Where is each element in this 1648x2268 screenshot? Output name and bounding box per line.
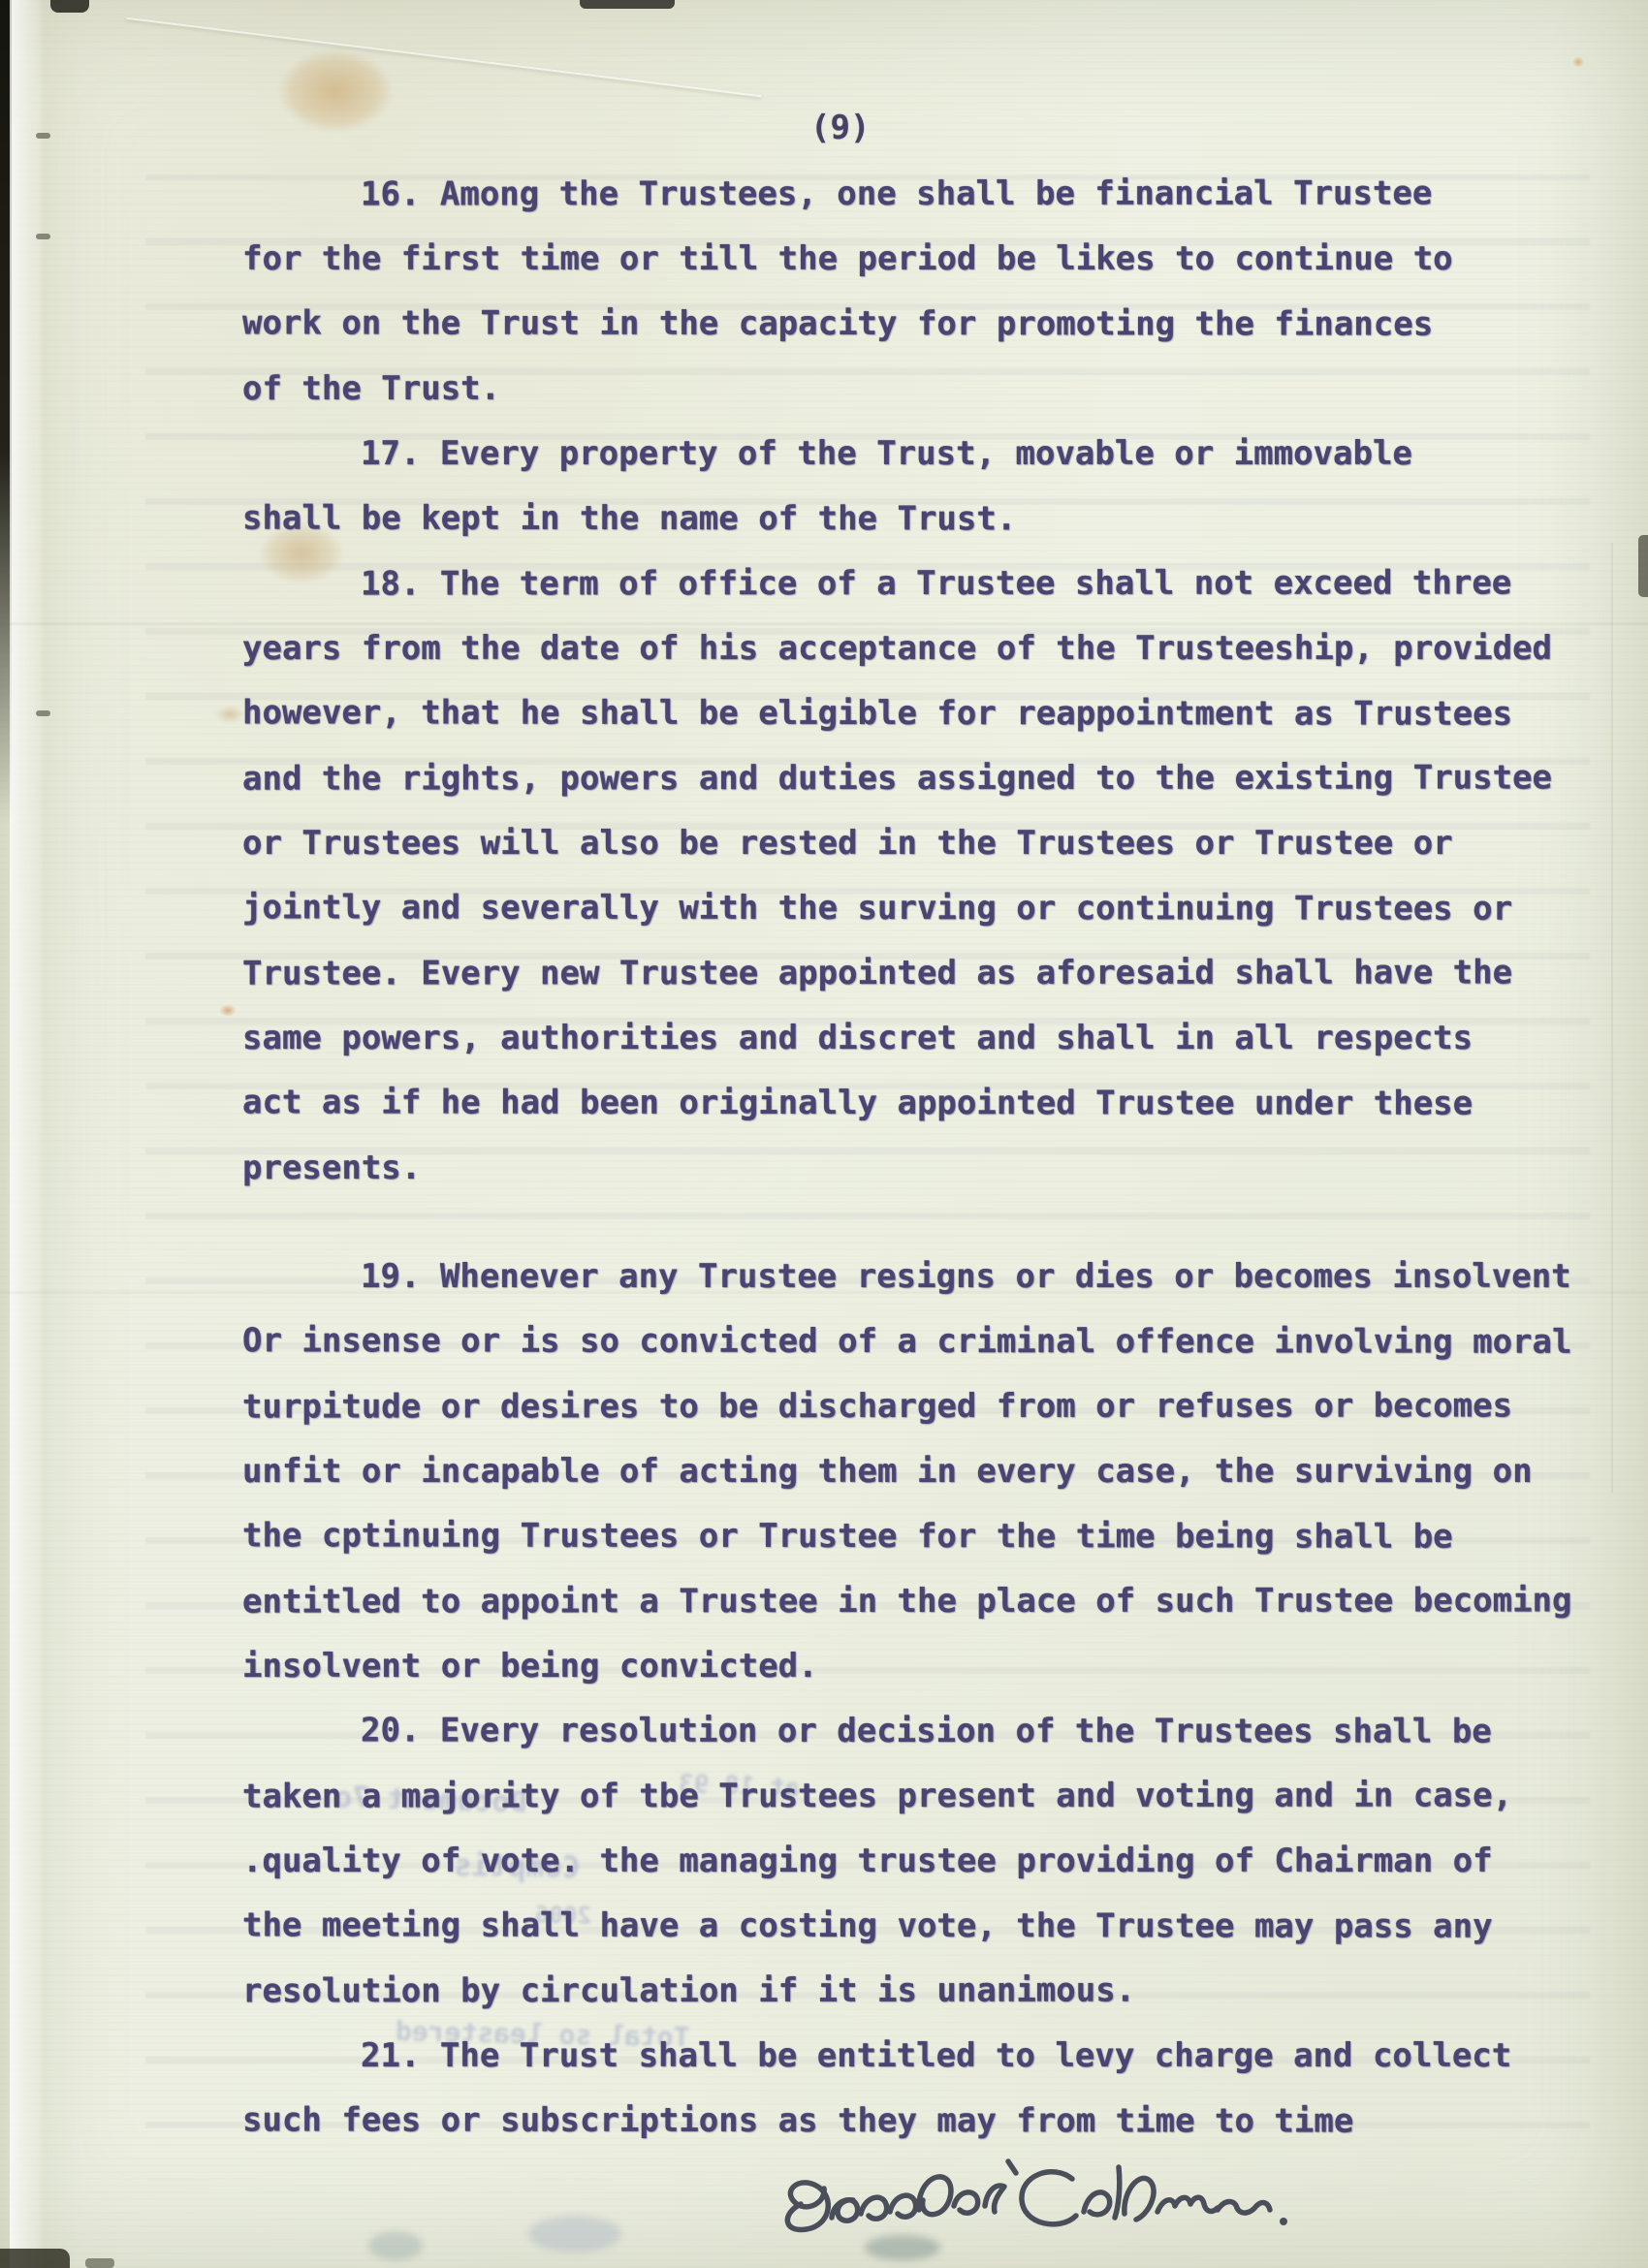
bottom-edge-speck bbox=[85, 2258, 114, 2268]
paper-crease bbox=[126, 17, 761, 97]
top-edge-mark bbox=[580, 0, 675, 9]
paragraph-19-line-5: the cptinuing Trustees or Trustee for th… bbox=[242, 1516, 1453, 1556]
ink-smudge bbox=[528, 2216, 621, 2252]
paragraph-21-line-1: 21. The Trust shall be entitled to levy … bbox=[361, 2036, 1511, 2075]
paragraph-18-line-10: presents. bbox=[242, 1149, 421, 1187]
paragraph-18-line-9: act as if he had been originally appoint… bbox=[242, 1083, 1473, 1122]
torn-corner-mark bbox=[50, 0, 89, 13]
staple-hole bbox=[36, 234, 50, 239]
paragraph-20-line-3: .quality of vote. the managing trustee p… bbox=[242, 1842, 1493, 1880]
paragraph-20-line-1: 20. Every resolution or decision of the … bbox=[361, 1711, 1492, 1750]
right-edge-mark bbox=[1638, 535, 1648, 597]
staple-hole bbox=[36, 710, 50, 716]
paper-stain bbox=[279, 50, 392, 132]
paragraph-20-line-4: the meeting shall have a costing vote, t… bbox=[242, 1906, 1493, 1945]
paper-edge-band bbox=[10, 0, 45, 2268]
paragraph-19-line-6: entitled to appoint a Trustee in the pla… bbox=[242, 1581, 1572, 1621]
paper-stain bbox=[219, 1004, 237, 1017]
paragraph-18-line-4: and the rights, powers and duties assign… bbox=[242, 758, 1552, 798]
paper-stain bbox=[215, 706, 244, 723]
ink-smudge bbox=[368, 2231, 423, 2260]
paragraph-18-line-7: Trustee. Every new Trustee appointed as … bbox=[242, 953, 1512, 992]
paragraph-19-line-1: 19. Whenever any Trustee resigns or dies… bbox=[361, 1257, 1571, 1296]
signature-scribble bbox=[764, 2128, 1307, 2264]
paragraph-17-line-2: shall be kept in the name of the Trust. bbox=[242, 499, 1016, 539]
paragraph-16-line-3: work on the Trust in the capacity for pr… bbox=[242, 303, 1433, 343]
paragraph-20-line-5: resolution by circulation if it is unani… bbox=[242, 1971, 1135, 2011]
paragraph-17-line-1: 17. Every property of the Trust, movable… bbox=[361, 434, 1412, 473]
page-number: (9) bbox=[810, 109, 870, 147]
paragraph-19-line-2: Or insense or is so convicted of a crimi… bbox=[242, 1321, 1572, 1361]
paragraph-18-line-5: or Trustees will also be rested in the T… bbox=[242, 824, 1453, 863]
paragraph-16-line-4: of the Trust. bbox=[242, 369, 500, 408]
paragraph-19-line-3: turpitude or desires to be discharged fr… bbox=[242, 1386, 1512, 1426]
bottom-left-corner-mark bbox=[0, 2249, 70, 2268]
staple-hole bbox=[36, 133, 50, 139]
scanned-document-page: Document 7oat 18 93Comptis2006Total so l… bbox=[0, 0, 1648, 2268]
paper-stain bbox=[1572, 56, 1584, 68]
paragraph-18-line-1: 18. The term of office of a Trustee shal… bbox=[361, 563, 1511, 603]
paragraph-18-line-6: jointly and severally with the surving o… bbox=[242, 888, 1512, 928]
paragraph-20-line-2: taken a majority of tbe Trustees present… bbox=[242, 1776, 1512, 1815]
paper-crease bbox=[1611, 543, 1613, 1493]
paper-crease bbox=[0, 622, 1648, 625]
paragraph-19-line-7: insolvent or being convicted. bbox=[242, 1647, 818, 1685]
paragraph-18-line-2: years from the date of his acceptance of… bbox=[242, 629, 1552, 668]
paragraph-16-line-1: 16. Among the Trustees, one shall be fin… bbox=[361, 174, 1432, 214]
paragraph-19-line-4: unfit or incapable of acting them in eve… bbox=[242, 1452, 1533, 1491]
paragraph-18-line-8: same powers, authorities and discret and… bbox=[242, 1019, 1473, 1057]
paragraph-16-line-2: for the first time or till the period be… bbox=[242, 239, 1453, 278]
paragraph-18-line-3: however, that he shall be eligible for r… bbox=[242, 693, 1512, 733]
